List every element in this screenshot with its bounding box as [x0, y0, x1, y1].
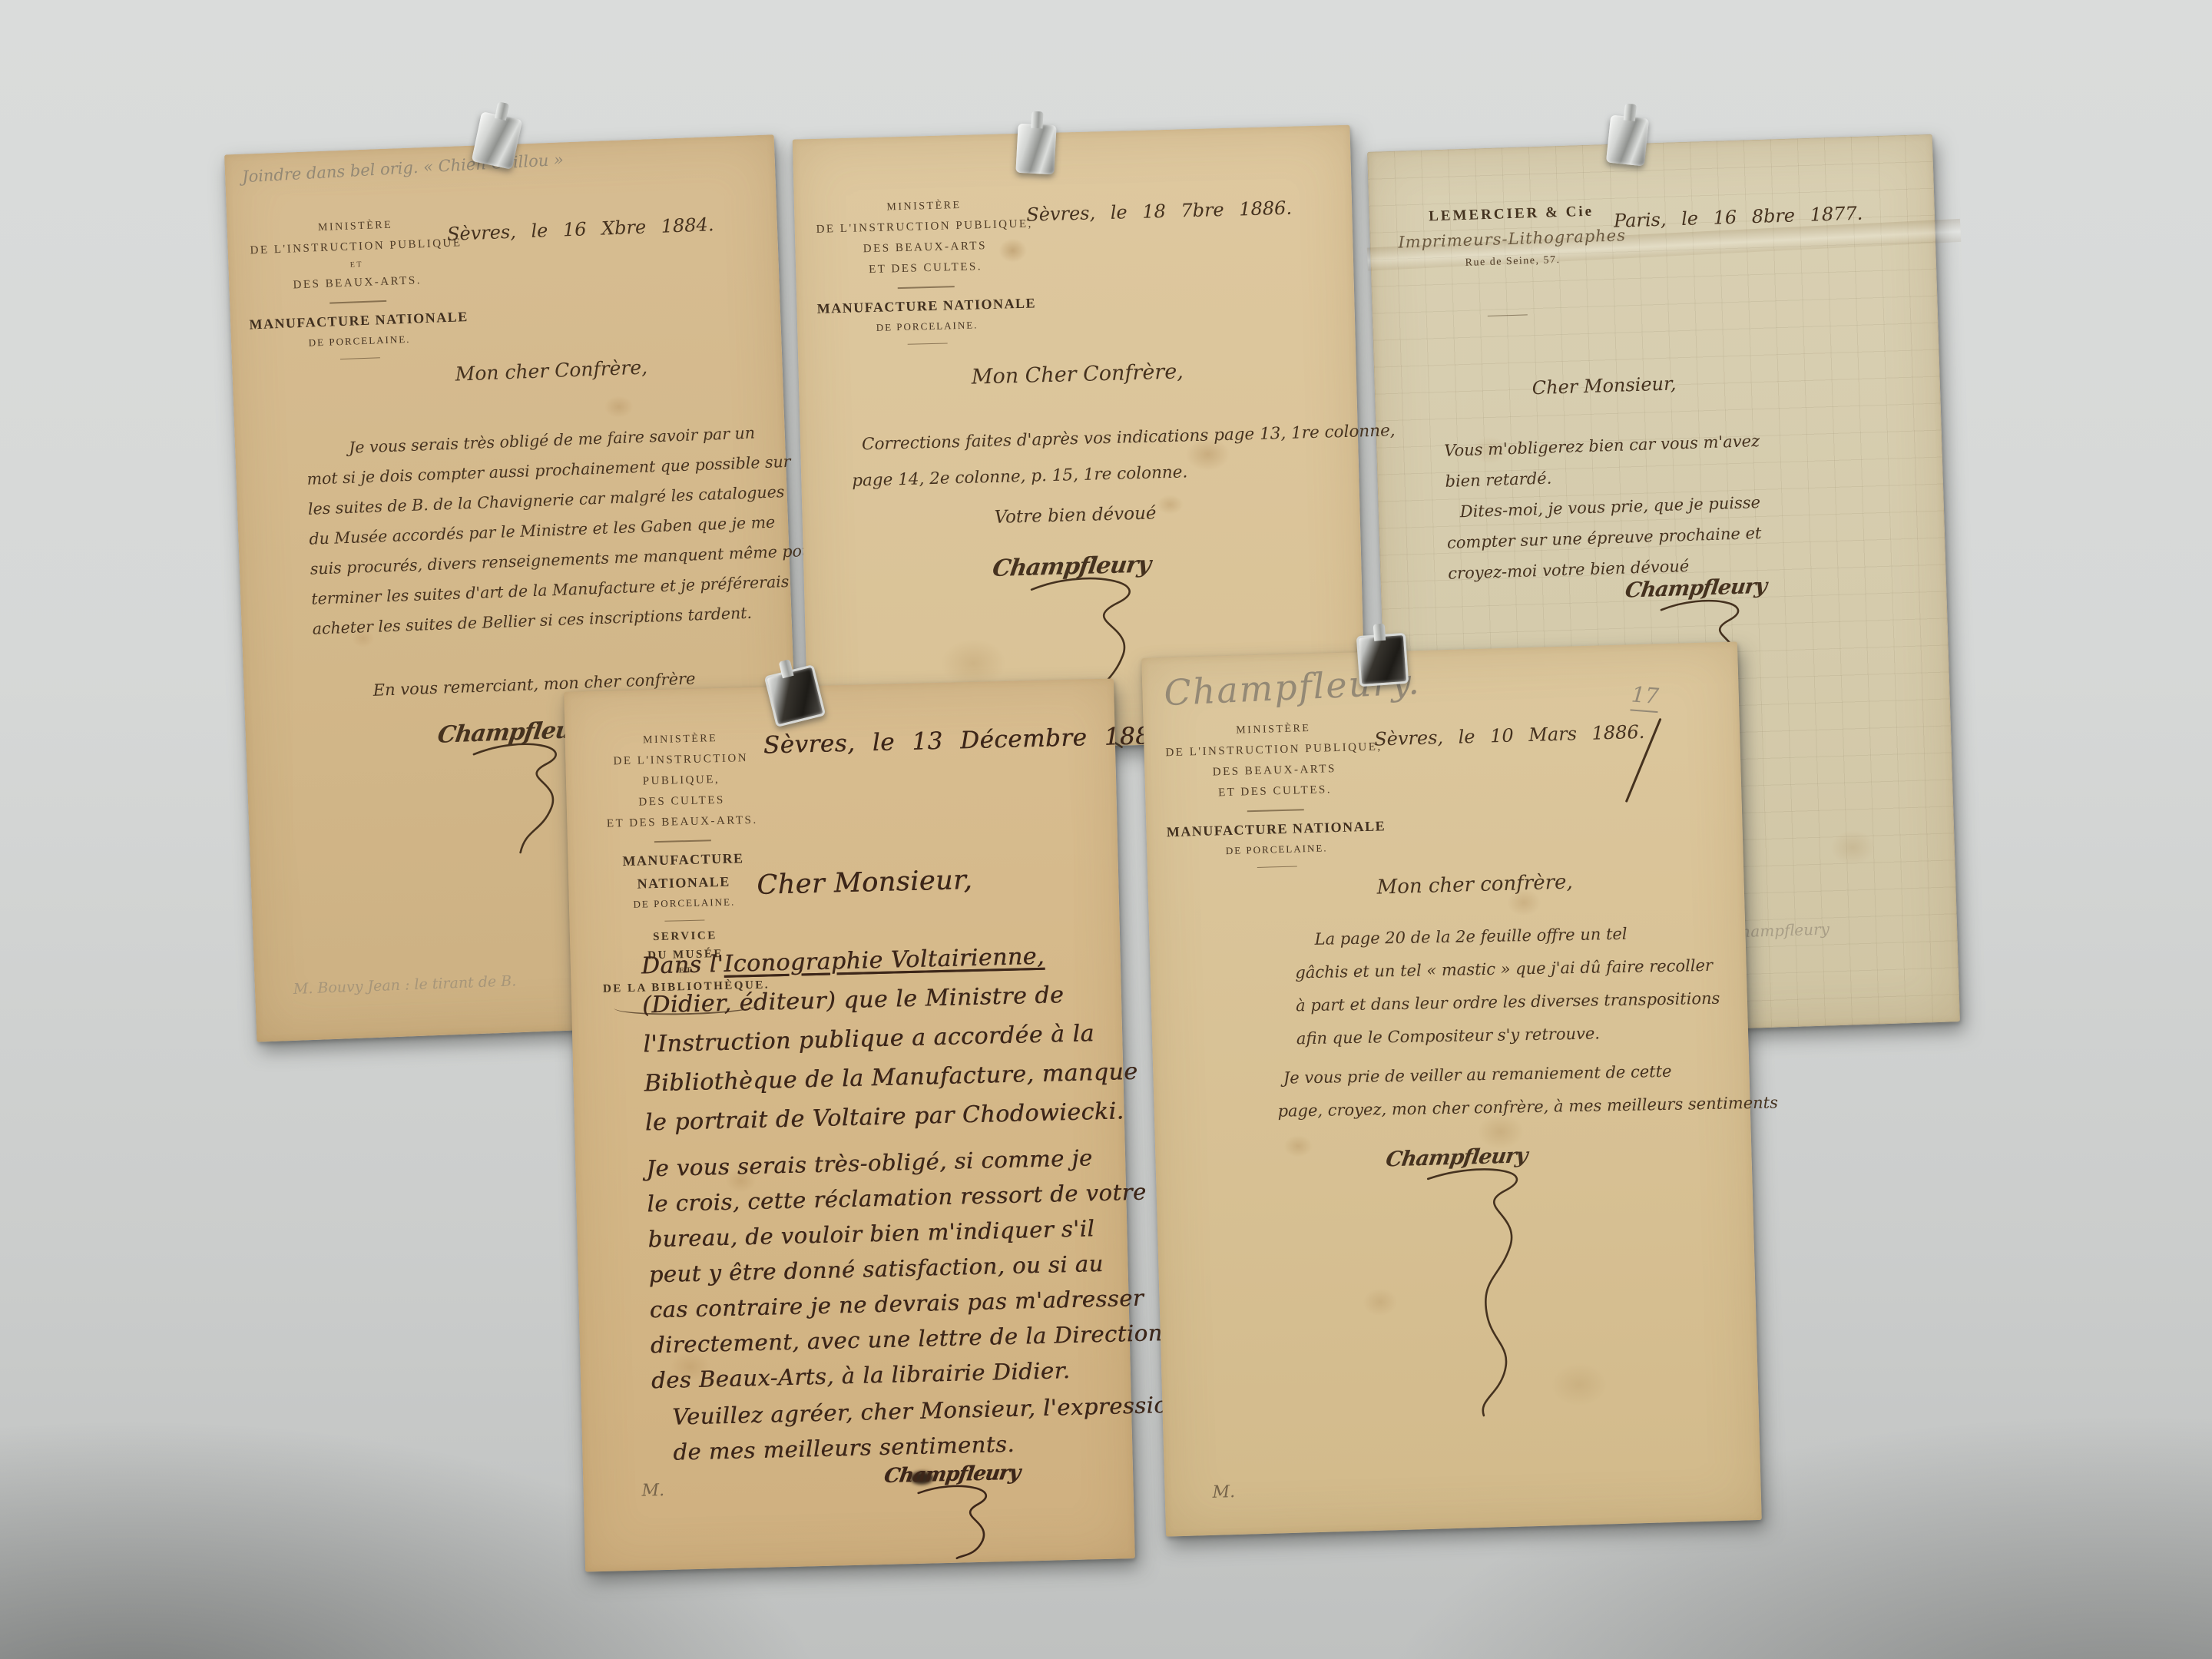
letter-5: Champfleury. 17 MINISTÈREDE L'INSTRUCTIO… [1141, 641, 1762, 1536]
letterhead-divider [1257, 866, 1297, 868]
letter-body: Je vous serais très obligé de me faire s… [305, 416, 822, 644]
letter-paragraph-3: Veuillez agréer, cher Monsieur, l'expres… [672, 1387, 1184, 1470]
salutation: Cher Monsieur, [757, 865, 973, 901]
signature-block: Champfleury [1386, 1144, 1527, 1171]
letterhead-divider [1247, 809, 1304, 812]
letterhead-divider [340, 357, 380, 359]
photo-of-letters: Joindre dans bel orig. « Chien Caillou »… [0, 0, 2212, 1659]
letterhead: MINISTÈREDE L'INSTRUCTION PUBLIQUE,DES B… [1162, 716, 1389, 876]
collector-mark: M. [641, 1481, 664, 1501]
letterhead-divider [654, 839, 711, 843]
manufacture-letterhead: MANUFACTURE NATIONALEDE PORCELAINE. [243, 305, 476, 355]
closing-line: Votre bien dévoué [994, 503, 1157, 528]
ministry-letterhead: MINISTÈREDE L'INSTRUCTION PUBLIQUEETDES … [239, 212, 473, 298]
manufacture-letterhead: MANUFACTURE NATIONALEDE PORCELAINE. [807, 291, 1046, 339]
signature-flourish [910, 1482, 1027, 1561]
letter-body: La page 20 de la 2e feuille offre un tel… [1294, 915, 1778, 1128]
binder-clip [1606, 115, 1649, 167]
letter-4: MINISTÈREDE L'INSTRUCTION PUBLIQUE,DES C… [564, 678, 1135, 1571]
signature-block: Champfleury [992, 551, 1151, 582]
pencil-number: 17 [1630, 681, 1659, 713]
collector-mark: M. [1212, 1482, 1235, 1502]
letter-body: Vous m'obligerez bien car vous m'avezbie… [1444, 426, 1764, 589]
letterhead: MINISTÈREDE L'INSTRUCTION PUBLIQUE,DES B… [805, 193, 1047, 353]
letterhead-divider [908, 343, 948, 344]
signature-block: Champfleury [1625, 575, 1767, 603]
firm-letterhead: LEMERCIER & CieImprimeurs-LithographesRu… [1384, 199, 1640, 276]
ministry-letterhead: MINISTÈREDE L'INSTRUCTION PUBLIQUE,DES B… [1162, 716, 1387, 805]
salutation: Cher Monsieur, [1532, 373, 1677, 399]
binder-clip [1015, 124, 1056, 175]
text-line: DE L'INSTRUCTION PUBLIQUE, [573, 747, 789, 794]
letterhead: MINISTÈREDE L'INSTRUCTION PUBLIQUEETDES … [239, 212, 476, 369]
ministry-letterhead: MINISTÈREDE L'INSTRUCTION PUBLIQUE,DES B… [805, 193, 1045, 282]
letterhead-divider [329, 300, 386, 304]
signature-flourish [1412, 1163, 1573, 1420]
letterhead-divider [898, 286, 955, 289]
manufacture-letterhead: MANUFACTURE NATIONALEDE PORCELAINE. [1164, 814, 1388, 862]
lead-text: Dans l' [641, 951, 724, 980]
text-line: ET DES BEAUX-ARTS. [575, 810, 790, 836]
underlined-title: Iconographie Voltairienne, [724, 943, 1045, 978]
letterhead-divider [664, 920, 704, 922]
binder-clip [1356, 633, 1409, 687]
letter-body: Corrections faites d'après vos indicatio… [861, 412, 1396, 498]
letter-paragraph-1: Dans l'Iconographie Voltairienne, (Didie… [641, 935, 1139, 1143]
letter-paragraph-2: Je vous serais très-obligé, si comme jel… [646, 1138, 1164, 1398]
ministry-letterhead: MINISTÈREDE L'INSTRUCTION PUBLIQUE,DES C… [572, 727, 790, 836]
signature-block: Champfleury [884, 1462, 1020, 1488]
